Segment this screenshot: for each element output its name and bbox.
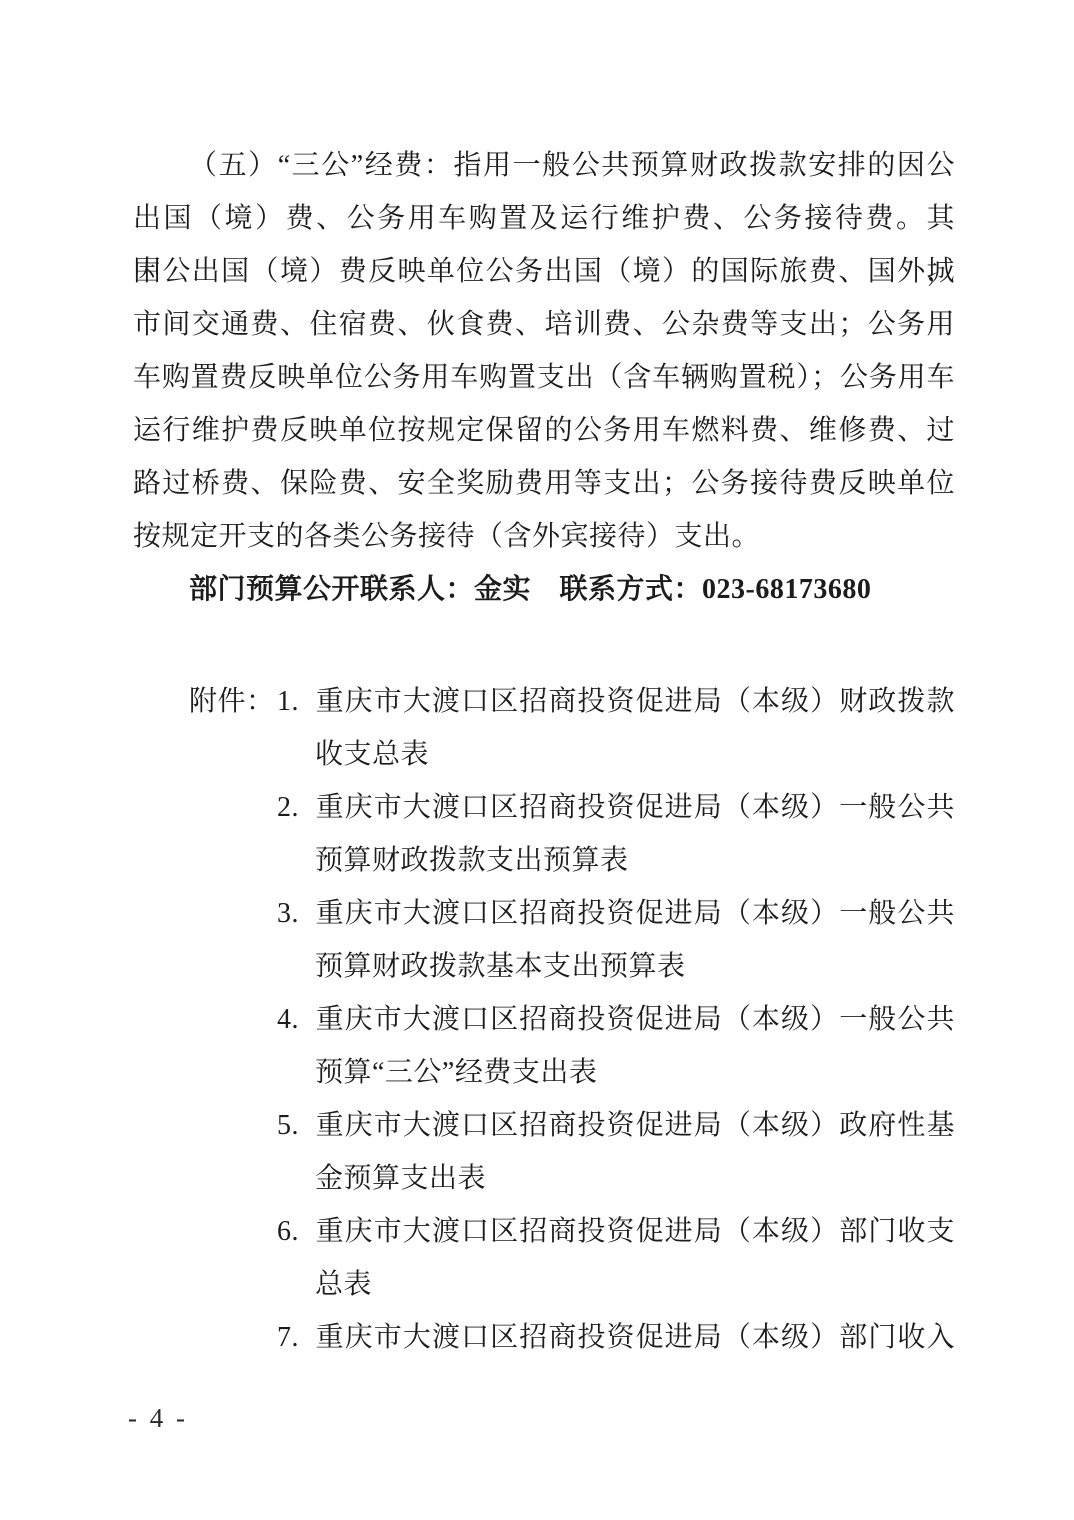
attachment-item: 2.重庆市大渡口区招商投资促进局（本级）一般公共 预算财政拨款支出预算表: [277, 781, 955, 887]
attachment-item: 6.重庆市大渡口区招商投资促进局（本级）部门收支 总表: [277, 1205, 955, 1311]
item-text: 重庆市大渡口区招商投资促进局（本级）一般公共: [315, 898, 955, 929]
item-text-continued: 收支总表: [277, 728, 955, 781]
paragraph-line: 市间交通费、住宿费、伙食费、培训费、公杂费等支出；公务用: [133, 298, 955, 351]
paragraph-line: 车购置费反映单位公务用车购置支出（含车辆购置税）；公务用车: [133, 351, 955, 404]
attachment-item: 1.重庆市大渡口区招商投资促进局（本级）财政拨款 收支总表: [277, 675, 955, 781]
item-text-continued: 总表: [277, 1258, 955, 1311]
attachment-item: 4.重庆市大渡口区招商投资促进局（本级）一般公共 预算“三公”经费支出表: [277, 993, 955, 1099]
paragraph-line: 按规定开支的各类公务接待（含外宾接待）支出。: [133, 510, 955, 563]
item-text-continued: 金预算支出表: [277, 1152, 955, 1205]
paragraph-sangong: （五）“三公”经费：指用一般公共预算财政拨款安排的因公 出国（境）费、公务用车购…: [133, 139, 955, 563]
item-text-continued: 预算“三公”经费支出表: [277, 1046, 955, 1099]
attachment-item: 7.重庆市大渡口区招商投资促进局（本级）部门收入: [277, 1311, 955, 1364]
item-text: 重庆市大渡口区招商投资促进局（本级）部门收入: [315, 1322, 955, 1353]
item-number: 4.: [277, 993, 315, 1046]
item-text: 重庆市大渡口区招商投资促进局（本级）政府性基: [315, 1110, 955, 1141]
attachment-item: 5.重庆市大渡口区招商投资促进局（本级）政府性基 金预算支出表: [277, 1099, 955, 1205]
item-text: 重庆市大渡口区招商投资促进局（本级）财政拨款: [315, 686, 955, 717]
blank-line: [133, 616, 955, 669]
item-text-continued: 预算财政拨款支出预算表: [277, 834, 955, 887]
item-number: 2.: [277, 781, 315, 834]
item-number: 1.: [277, 675, 315, 728]
item-text: 重庆市大渡口区招商投资促进局（本级）一般公共: [315, 1004, 955, 1035]
paragraph-line: （五）“三公”经费：指用一般公共预算财政拨款安排的因公: [133, 139, 955, 192]
attachment-item: 3.重庆市大渡口区招商投资促进局（本级）一般公共 预算财政拨款基本支出预算表: [277, 887, 955, 993]
contact-line: 部门预算公开联系人：金实 联系方式：023-68173680: [133, 563, 955, 616]
document-page: （五）“三公”经费：指用一般公共预算财政拨款安排的因公 出国（境）费、公务用车购…: [0, 0, 1074, 1520]
item-text: 重庆市大渡口区招商投资促进局（本级）一般公共: [315, 792, 955, 823]
item-number: 5.: [277, 1099, 315, 1152]
paragraph-line: 运行维护费反映单位按规定保留的公务用车燃料费、维修费、过: [133, 404, 955, 457]
attachment-list: 附件： 1.重庆市大渡口区招商投资促进局（本级）财政拨款 收支总表 2.重庆市大…: [133, 675, 955, 1364]
paragraph-line: 因公出国（境）费反映单位公务出国（境）的国际旅费、国外城: [133, 245, 955, 298]
item-text: 重庆市大渡口区招商投资促进局（本级）部门收支: [315, 1216, 955, 1247]
paragraph-line: 路过桥费、保险费、安全奖励费用等支出；公务接待费反映单位: [133, 457, 955, 510]
page-number: - 4 -: [128, 1398, 188, 1438]
item-text-continued: 预算财政拨款基本支出预算表: [277, 940, 955, 993]
paragraph-line: 出国（境）费、公务用车购置及运行维护费、公务接待费。其中，: [133, 192, 955, 245]
item-number: 3.: [277, 887, 315, 940]
item-number: 6.: [277, 1205, 315, 1258]
item-number: 7.: [277, 1311, 315, 1364]
attachment-label: 附件：: [189, 675, 277, 728]
